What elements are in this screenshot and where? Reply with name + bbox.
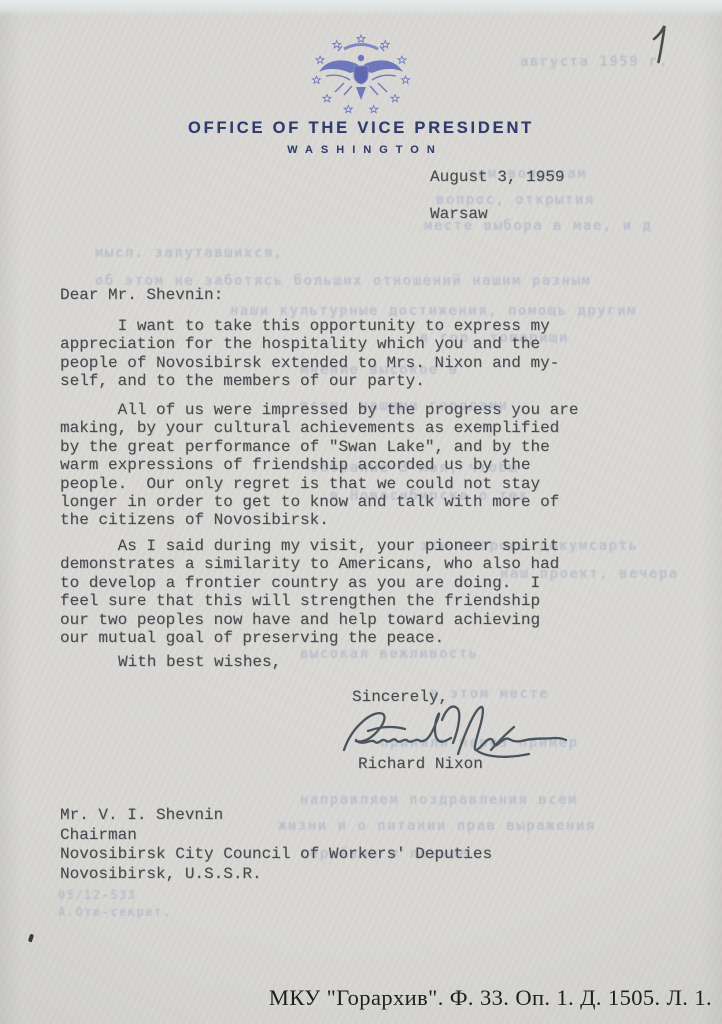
bleed-through-line: высокая вежливость: [300, 646, 479, 662]
closing-line: With best wishes,: [118, 653, 281, 671]
scanned-letter-page: августа 1959 г. тем вопросам вопрос, отк…: [0, 0, 722, 1024]
bleed-through-line: мысл. запутавшихся,: [95, 245, 284, 261]
letter-place: Warsaw: [430, 205, 488, 223]
paragraph-3: As I said during my visit, your pioneer …: [60, 537, 640, 647]
ink-speck: [28, 934, 34, 943]
handwritten-page-number: [646, 22, 676, 70]
bleed-through-line: А.Отв-секрет.: [58, 905, 171, 919]
bleed-through-line: 05/12-533: [58, 888, 137, 902]
letterhead-city-line: WASHINGTON: [0, 144, 722, 156]
paragraph-1: I want to take this opportunity to expre…: [60, 317, 640, 391]
letterhead-office-line: OFFICE OF THE VICE PRESIDENT: [0, 119, 722, 138]
recipient-address-block: Mr. V. I. Shevnin Chairman Novosibirsk C…: [60, 806, 492, 884]
typed-signature-name: Richard Nixon: [358, 755, 483, 773]
salutation: Dear Mr. Shevnin:: [60, 286, 223, 304]
letter-date: August 3, 1959: [430, 168, 564, 186]
archive-stamp-caption: МКУ "Горархив". Ф. 33. Оп. 1. Д. 1505. Л…: [269, 985, 712, 1011]
vice-president-seal-icon: [306, 31, 416, 119]
paragraph-2: All of us were impressed by the progress…: [60, 401, 640, 530]
